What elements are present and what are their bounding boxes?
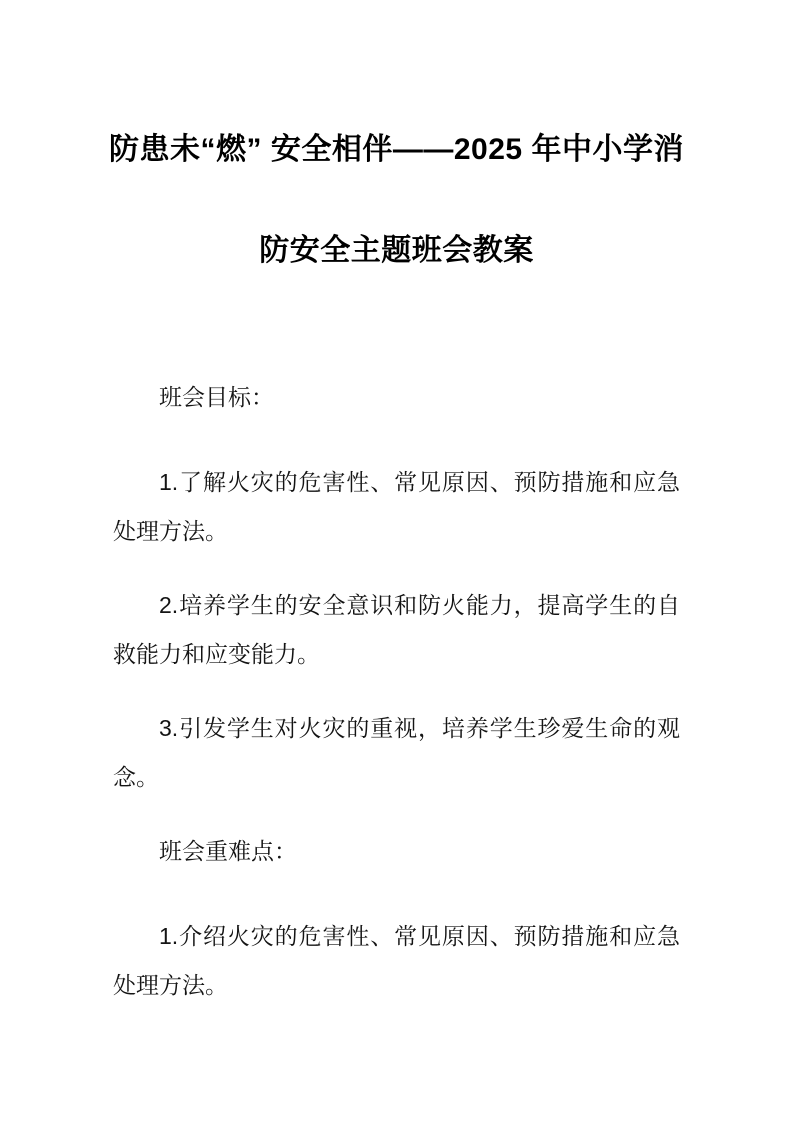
paragraph: 1.了解火灾的危害性、常见原因、预防措施和应急处理方法。 [113,458,680,556]
paragraph: 2.培养学生的安全意识和防火能力，提高学生的自救能力和应变能力。 [113,581,680,679]
section-heading: 班会目标： [113,373,680,422]
document-page: 防患未“燃” 安全相伴——2025 年中小学消防安全主题班会教案 班会目标：1.… [0,0,793,1122]
title-line: 防安全主题班会教案 [40,200,753,301]
document-title: 防患未“燃” 安全相伴——2025 年中小学消防安全主题班会教案 [40,99,753,301]
document-body: 班会目标：1.了解火灾的危害性、常见原因、预防措施和应急处理方法。2.培养学生的… [113,373,680,1010]
paragraph: 1.介绍火灾的危害性、常见原因、预防措施和应急处理方法。 [113,912,680,1010]
title-line: 防患未“燃” 安全相伴——2025 年中小学消 [40,99,753,200]
section-heading: 班会重难点： [113,827,680,876]
paragraph: 3.引发学生对火灾的重视，培养学生珍爱生命的观念。 [113,704,680,802]
